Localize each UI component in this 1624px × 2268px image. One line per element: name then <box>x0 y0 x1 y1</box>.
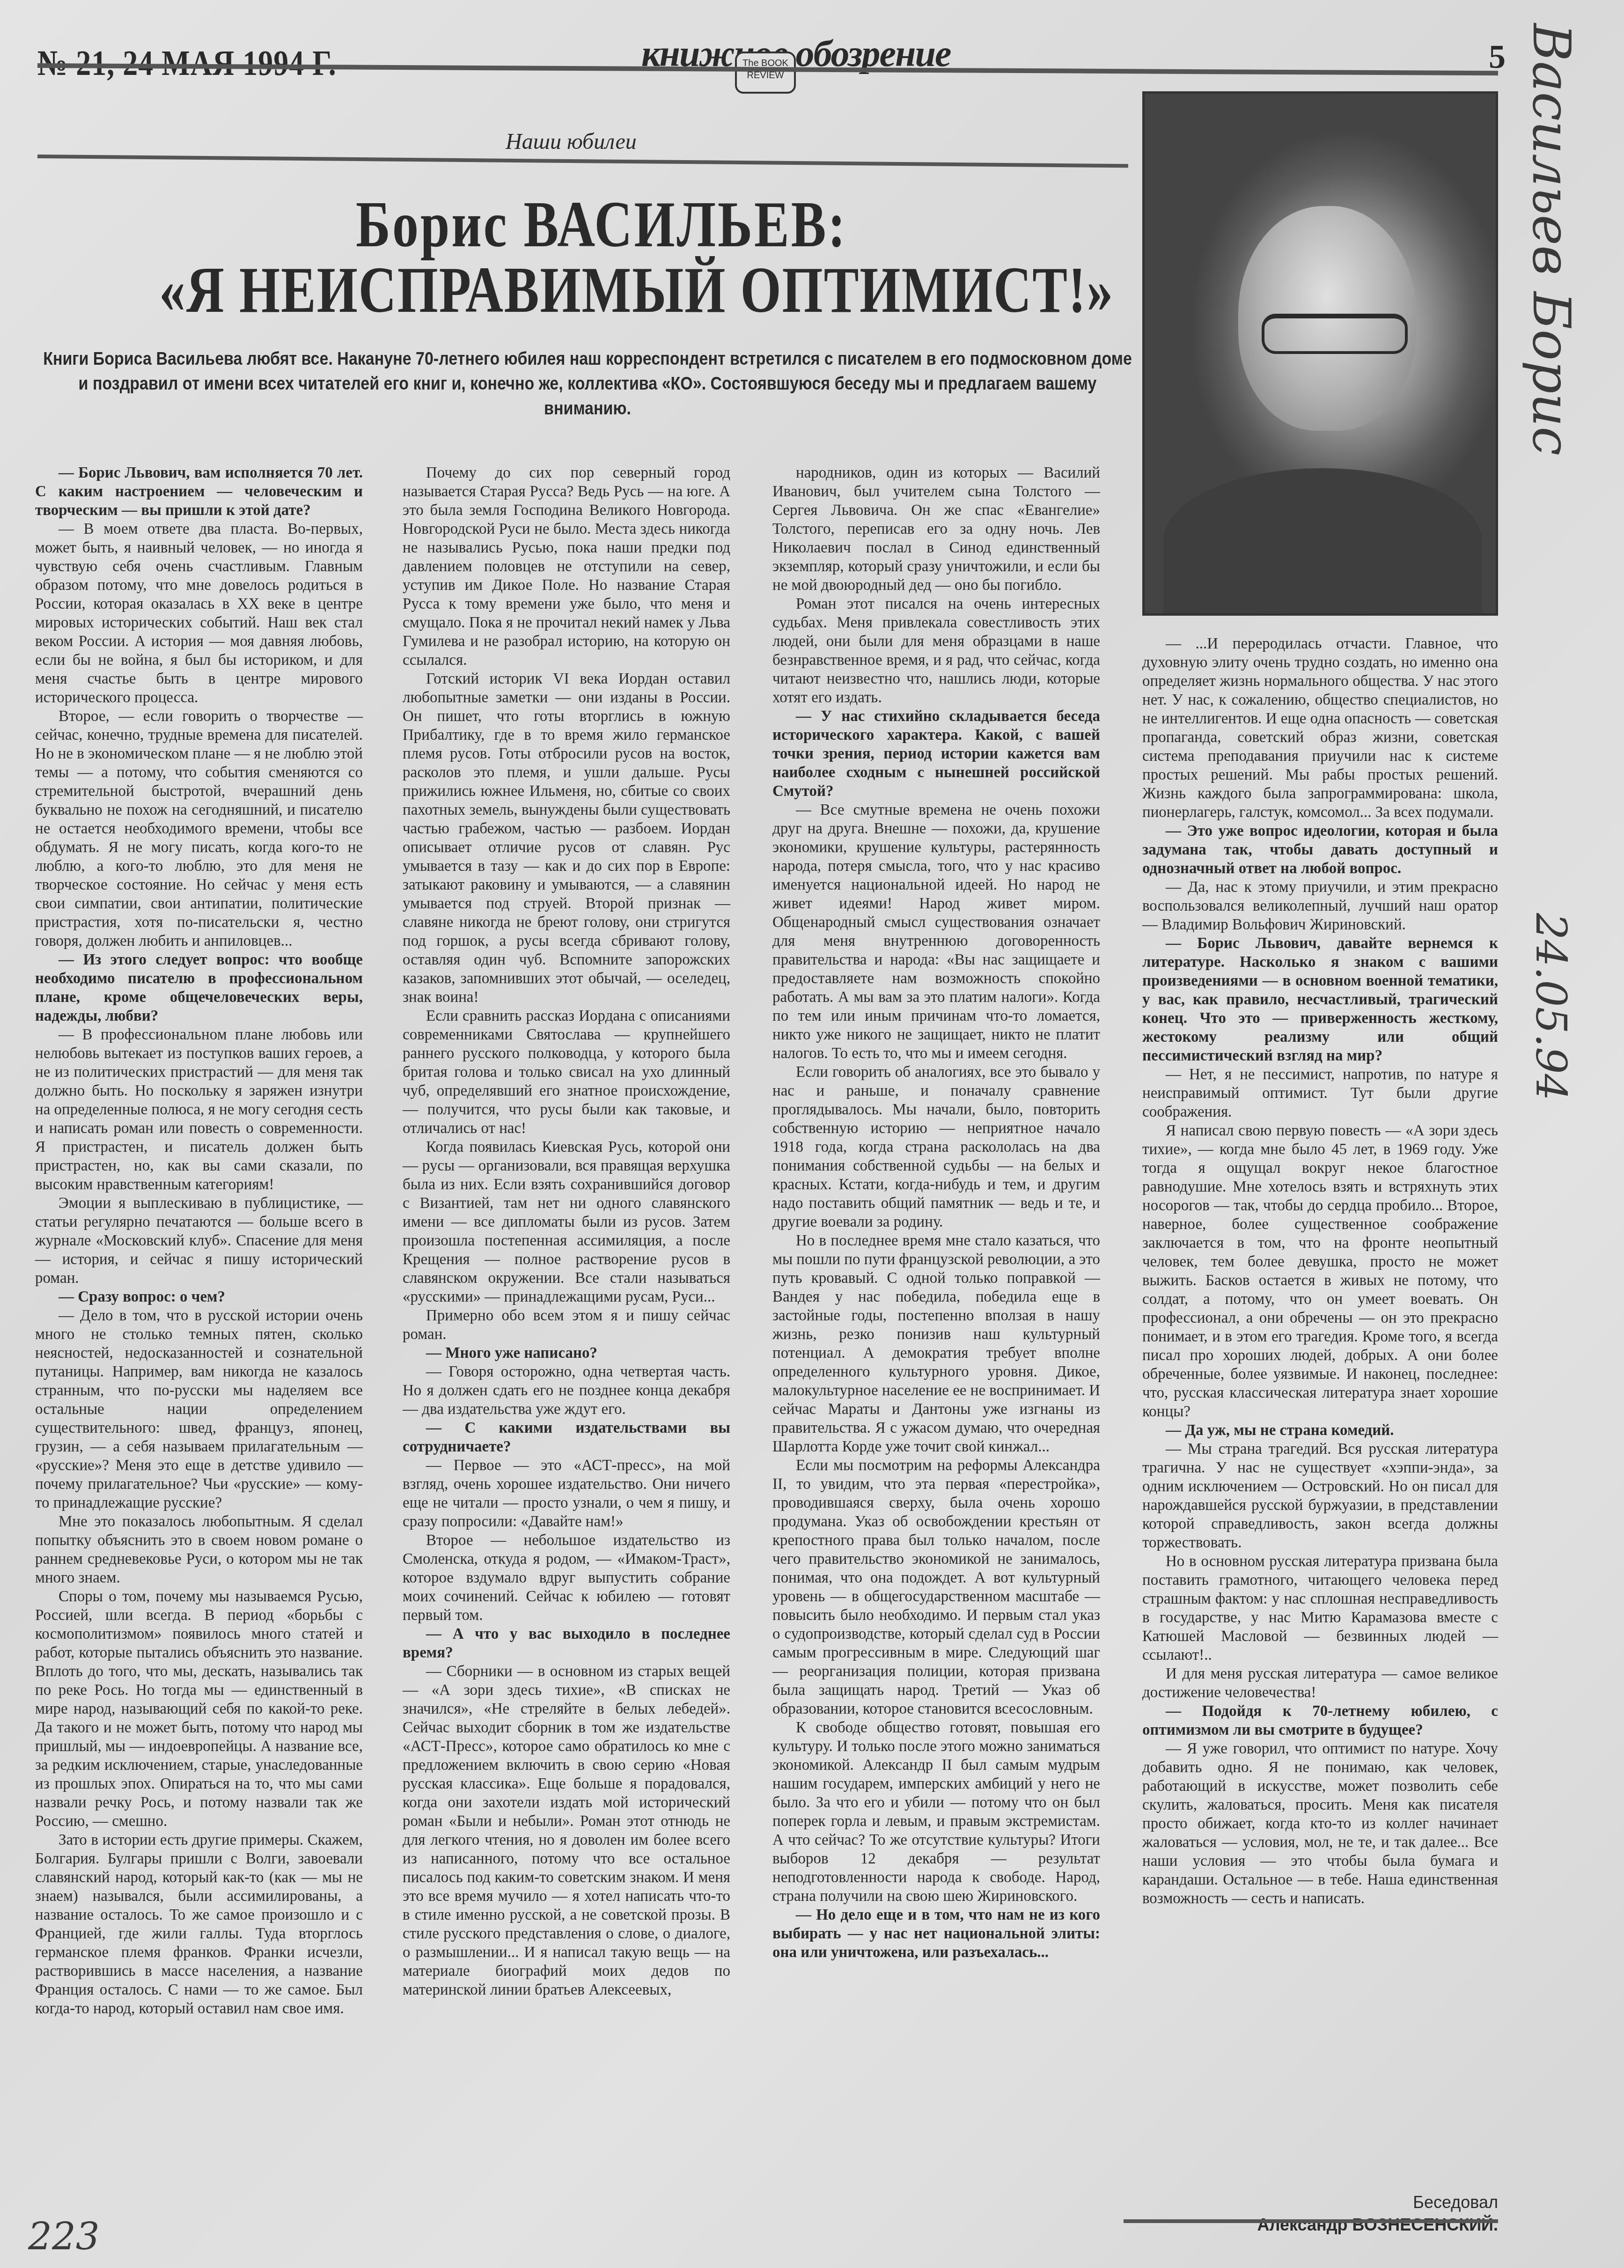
interview-paragraph: Почему до сих пор северный город называе… <box>403 464 730 670</box>
footer-rule <box>1124 2219 1498 2223</box>
interview-paragraph: Если сравнить рассказ Иордана с описания… <box>403 1007 730 1138</box>
interview-paragraph: — В моем ответе два пласта. Во-первых, м… <box>35 520 363 707</box>
interview-paragraph: Но в последнее время мне стало казаться,… <box>772 1231 1100 1456</box>
interview-paragraph: Споры о том, почему мы называемся Русью,… <box>35 1587 363 1831</box>
interview-paragraph: — Говоря осторожно, одна четвертая часть… <box>403 1362 730 1419</box>
interview-paragraph: И для меня русская литература — самое ве… <box>1142 1664 1498 1702</box>
issue-date: № 21, 24 МАЯ 1994 Г. <box>37 42 337 84</box>
interview-paragraph: К свободе общество готовят, повышая его … <box>772 1718 1100 1906</box>
interview-paragraph: Когда появилась Киевская Русь, которой о… <box>403 1138 730 1306</box>
interview-paragraph: Но в основном русская литература призван… <box>1142 1552 1498 1664</box>
interview-question: — У нас стихийно складывается беседа ист… <box>772 707 1100 801</box>
interview-paragraph: — ...И переродилась отчасти. Главное, чт… <box>1142 634 1498 822</box>
handwritten-margin-date: 24.05.94 <box>1526 913 1575 1101</box>
interview-paragraph: Зато в истории есть другие примеры. Скаж… <box>35 1831 363 2018</box>
handwritten-margin-name: Васильев Борис <box>1521 23 1581 456</box>
interview-paragraph: Я написал свою первую повесть — «А зори … <box>1142 1121 1498 1421</box>
interview-question: — Много уже написано? <box>403 1344 730 1362</box>
interview-question: — А что у вас выходило в последнее время… <box>403 1625 730 1662</box>
interview-paragraph: Готский историк VI века Иордан оставил л… <box>403 670 730 1007</box>
interview-paragraph: — Я уже говорил, что оптимист по натуре.… <box>1142 1739 1498 1908</box>
article-column-2: Почему до сих пор северный город называе… <box>403 464 730 1999</box>
interview-paragraph: — Да, нас к этому приучили, и этим прекр… <box>1142 878 1498 934</box>
interview-paragraph: Примерно обо всем этом я и пишу сейчас р… <box>403 1306 730 1344</box>
headline-line-1: Борис ВАСИЛЬЕВ: <box>356 187 847 263</box>
interview-question: — С какими издательствами вы сотрудничае… <box>403 1419 730 1456</box>
interview-paragraph: — Дело в том, что в русской истории очен… <box>35 1306 363 1512</box>
interview-question: — Да уж, мы не страна комедий. <box>1142 1421 1498 1440</box>
interview-question: — Борис Львович, давайте вернемся к лите… <box>1142 934 1498 1065</box>
interview-paragraph: Если мы посмотрим на реформы Александра … <box>772 1456 1100 1718</box>
interview-paragraph: Если говорить об аналогиях, все это быва… <box>772 1063 1100 1231</box>
interview-paragraph: — Мы страна трагедий. Вся русская литера… <box>1142 1440 1498 1552</box>
interview-paragraph: — Сборники — в основном из старых вещей … <box>403 1662 730 1999</box>
byline-label: Беседовал <box>1217 2191 1498 2214</box>
article-column-1: — Борис Львович, вам исполняется 70 лет.… <box>35 464 363 2018</box>
author-portrait-photo <box>1142 91 1498 616</box>
interview-paragraph: народников, один из которых — Василий Ив… <box>772 464 1100 595</box>
photo-coat-shape <box>1163 468 1482 613</box>
interview-question: — Сразу вопрос: о чем? <box>35 1288 363 1306</box>
interview-paragraph: Мне это показалось любопытным. Я сделал … <box>35 1512 363 1587</box>
interview-question: — Борис Львович, вам исполняется 70 лет.… <box>35 464 363 520</box>
interview-paragraph: — Все смутные времена не очень похожи др… <box>772 801 1100 1063</box>
section-rubric: Наши юбилеи <box>506 129 637 155</box>
interview-question: — Это уже вопрос идеологии, которая и бы… <box>1142 822 1498 878</box>
article-column-4: — ...И переродилась отчасти. Главное, чт… <box>1142 634 1498 1908</box>
byline: Беседовал Александр ВОЗНЕСЕНСКИЙ. <box>1217 2191 1498 2236</box>
interview-paragraph: — В профессиональном плане любовь или не… <box>35 1025 363 1194</box>
interview-question: — Из этого следует вопрос: что вообще не… <box>35 950 363 1025</box>
article-lead: Книги Бориса Васильева любят все. Накану… <box>42 346 1133 421</box>
interview-question: — Но дело еще и в том, что нам не из ког… <box>772 1906 1100 1962</box>
logo-badge: The BOOK REVIEW <box>735 52 796 94</box>
interview-paragraph: Второе — небольшое издательство из Смоле… <box>403 1531 730 1625</box>
interview-paragraph: Эмоции я выплескиваю в публицистике, — с… <box>35 1194 363 1288</box>
interview-paragraph: — Первое — это «АСТ-пресс», на мой взгля… <box>403 1456 730 1531</box>
interview-question: — Подойдя к 70-летнему юбилею, с оптимиз… <box>1142 1702 1498 1739</box>
headline-line-2: «Я НЕИСПРАВИМЫЙ ОПТИМИСТ!» <box>159 253 1114 328</box>
byline-author: Александр ВОЗНЕСЕНСКИЙ. <box>1217 2214 1498 2236</box>
interview-paragraph: Роман этот писался на очень интересных с… <box>772 595 1100 707</box>
newspaper-page: № 21, 24 МАЯ 1994 Г. книжное обозрение T… <box>0 0 1624 2268</box>
article-column-3: народников, один из которых — Василий Ив… <box>772 464 1100 1962</box>
rubric-rule <box>37 155 1128 168</box>
interview-paragraph: Второе, — если говорить о творчестве — с… <box>35 707 363 950</box>
handwritten-page-number: 223 <box>28 2215 100 2258</box>
interview-paragraph: — Нет, я не пессимист, напротив, по нату… <box>1142 1065 1498 1121</box>
photo-glasses-shape <box>1262 314 1408 354</box>
